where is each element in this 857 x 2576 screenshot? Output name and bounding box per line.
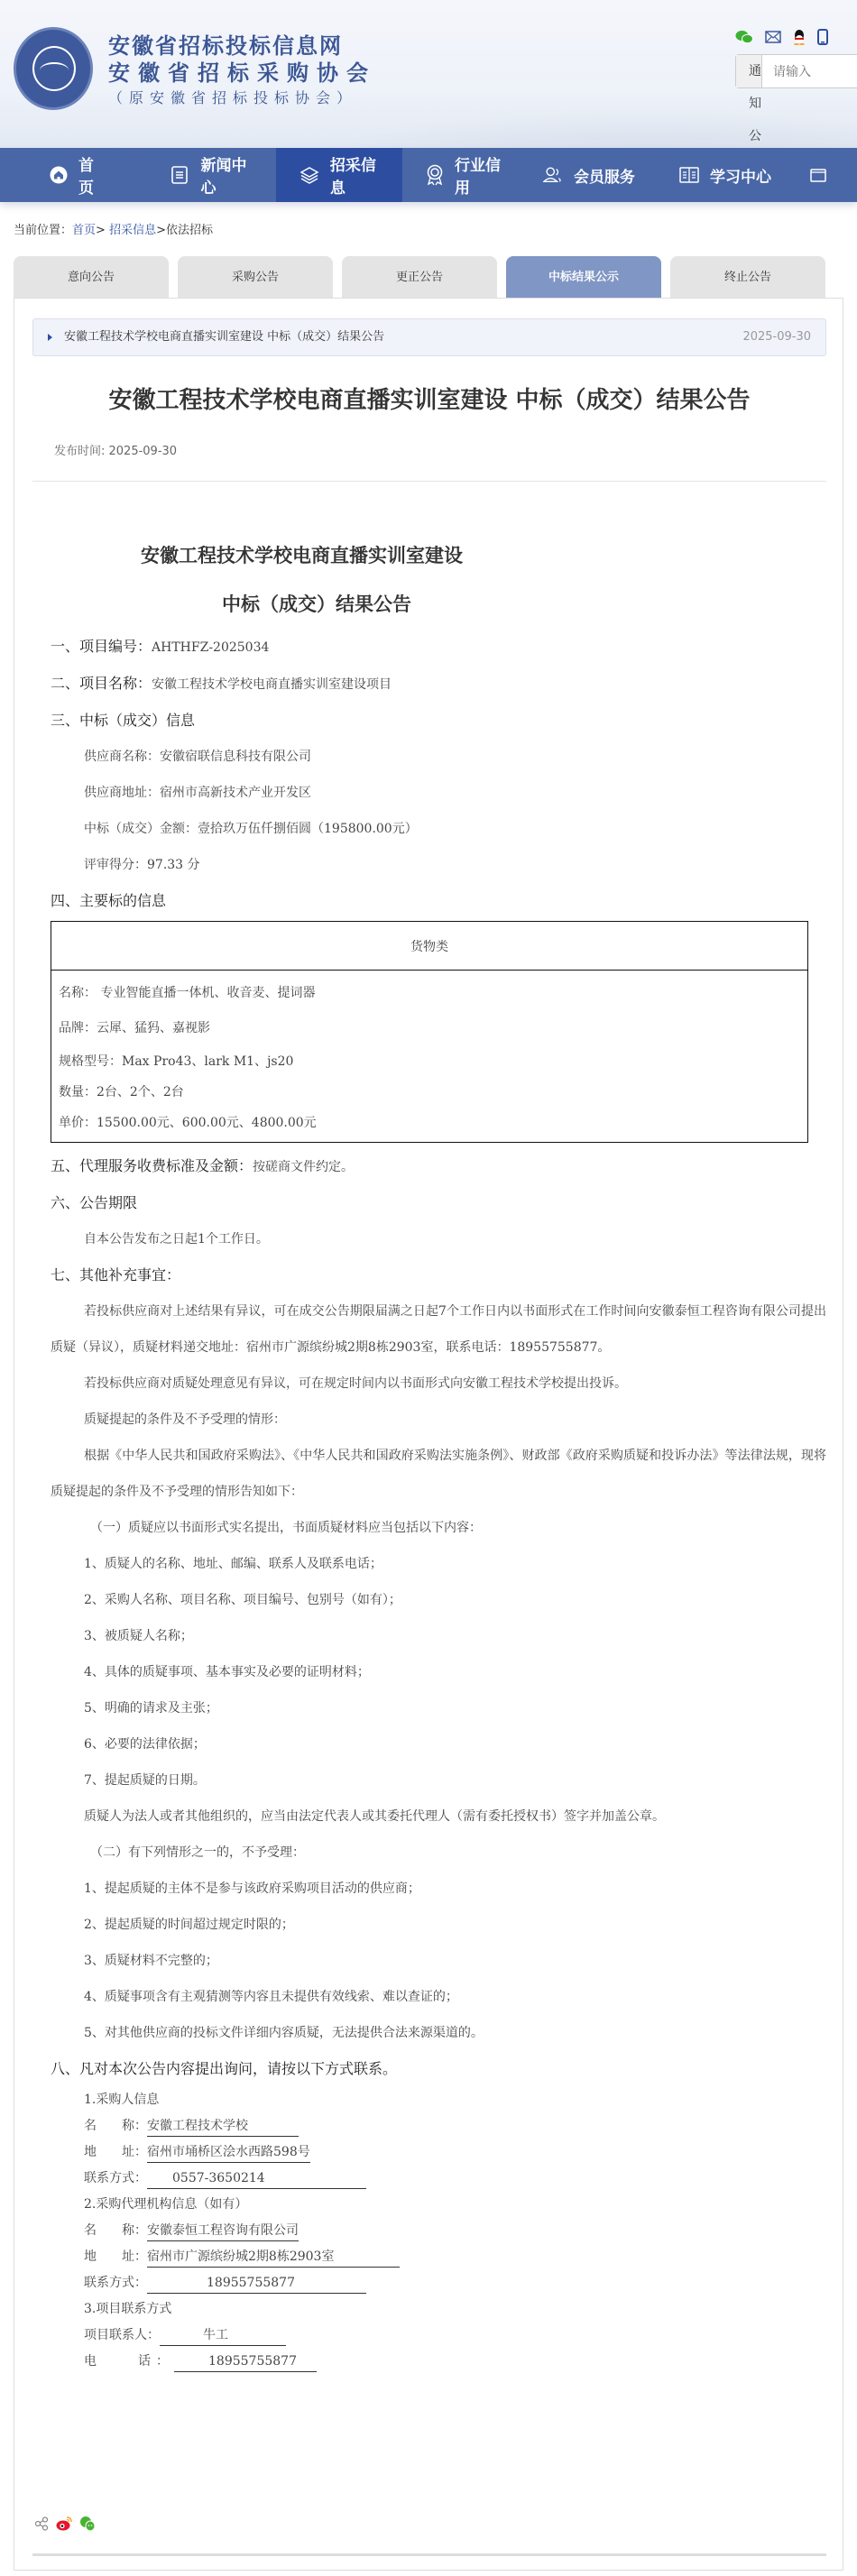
article-title: 安徽工程技术学校电商直播实训室建设 中标（成交）结果公告 (14, 382, 844, 415)
list-item: 5、对其他供应商的投标文件详细内容质疑，无法提供合法来源渠道的。 (51, 2015, 826, 2051)
award-icon (426, 165, 444, 185)
list-item: 7、提起质疑的日期。 (51, 1762, 826, 1799)
goods-brand: 品牌：云犀、猛犸、嘉视影 (59, 1011, 800, 1046)
article-list-item[interactable]: 安徽工程技术学校电商直播实训室建设 中标（成交）结果公告 2025-09-30 (32, 318, 826, 356)
nav-item-procurement[interactable]: 招采信息 (276, 148, 402, 202)
agent-name: 安徽泰恒工程咨询有限公司 (147, 2221, 299, 2241)
main-nav: 首页 新闻中心 招采信息 行业信用 会员服务 学习中心 (0, 148, 857, 202)
list-item: 2、提起质疑的时间超过规定时限的； (51, 1907, 826, 1943)
site-name-former: （原安徽省招标投标协会） (108, 87, 376, 110)
nav-label: 会员服务 (574, 164, 635, 187)
list-item: 1、提起质疑的主体不是参与该政府采购项目活动的供应商； (51, 1871, 826, 1907)
breadcrumb-home[interactable]: 首页 (72, 224, 96, 237)
nav-item-members[interactable]: 会员服务 (529, 148, 654, 202)
list-item: 3、质疑材料不完整的； (51, 1943, 826, 1979)
list-item: 3、被质疑人名称； (51, 1618, 826, 1654)
goods-unit-price: 单价：15500.00元、600.00元、4800.00元 (59, 1108, 800, 1138)
contact-icons (735, 29, 828, 49)
agent-heading: 2.采购代理机构信息（如有） (84, 2192, 826, 2218)
site-name-secondary: 安徽省招标采购协会 (108, 60, 376, 87)
home-icon (50, 165, 68, 185)
list-title: 安徽工程技术学校电商直播实训室建设 中标（成交）结果公告 (64, 330, 384, 344)
section-1: 一、项目编号：AHTHFZ-2025034 (51, 629, 826, 666)
agency-fee: 按磋商文件约定。 (253, 1160, 354, 1174)
nav-label: 学习中心 (710, 164, 771, 187)
paragraph: 质疑人为法人或者其他组织的，应当由法定代表人或其委托代理人（需有委托授权书）签字… (51, 1799, 826, 1835)
nav-label: 行业信用 (455, 152, 511, 198)
book-icon (679, 165, 699, 185)
project-phone-row: 电 话：18955755877 (84, 2349, 826, 2375)
project-person: 牛工 (160, 2325, 286, 2346)
project-person-row: 项目联系人：牛工 (84, 2323, 826, 2349)
list-item: 5、明确的请求及主张； (51, 1690, 826, 1726)
field-label: 联系方式： (84, 2276, 147, 2290)
buyer-heading: 1.采购人信息 (84, 2087, 826, 2113)
buyer-phone-row: 联系方式：0557-3650214 (84, 2166, 826, 2192)
section-4: 四、主要标的信息 (51, 883, 826, 919)
breadcrumb: 当前位置：首页> 招采信息>依法招标 (14, 220, 213, 237)
search-input[interactable] (762, 55, 857, 87)
tab-termination-notice[interactable]: 终止公告 (670, 256, 825, 299)
layers-icon (299, 165, 319, 185)
header-background-hill (271, 108, 857, 148)
search-category-label: 通知公告 (749, 64, 761, 148)
users-icon (543, 165, 563, 185)
qq-icon[interactable] (793, 29, 806, 49)
agent-address: 宿州市广源缤纷城2期8栋2903室 (147, 2247, 400, 2268)
site-name-primary: 安徽省招标投标信息网 (108, 32, 376, 60)
field-label: 电 话： (84, 2354, 174, 2369)
nav-label: 新闻中心 (201, 152, 258, 198)
field-label: 名 称： (84, 2223, 147, 2238)
paragraph: 若投标供应商对上述结果有异议，可在成交公告期限届满之日起7个工作日内以书面形式在… (51, 1293, 826, 1366)
tab-intent-notice[interactable]: 意向公告 (14, 256, 169, 299)
breadcrumb-current: 依法招标 (166, 224, 213, 237)
condition-heading: （一）质疑应以书面形式实名提出，书面质疑材料应当包括以下内容： (51, 1510, 826, 1546)
goods-quantity: 数量：2台、2个、2台 (59, 1077, 800, 1108)
supplier-name: 供应商名称：安徽宿联信息科技有限公司 (51, 739, 826, 775)
section-label: 五、代理服务收费标准及金额： (51, 1157, 253, 1174)
paragraph: 若投标供应商对质疑处理意见有异议，可在规定时间内以书面形式向安徽工程技术学校提出… (51, 1366, 826, 1402)
doc-title-line1: 安徽工程技术学校电商直播实训室建设 (51, 531, 826, 580)
field-label: 地 址： (84, 2249, 147, 2264)
paragraph: 质疑提起的条件及不予受理的情形： (51, 1402, 826, 1438)
section-2: 二、项目名称：安徽工程技术学校电商直播实训室建设项目 (51, 666, 826, 703)
goods-model: 规格型号：Max Pro43、lark M1、js20 (59, 1046, 800, 1077)
article-body: 安徽工程技术学校电商直播实训室建设 中标（成交）结果公告 一、项目编号：AHTH… (51, 531, 826, 2375)
breadcrumb-sep: > (96, 224, 106, 237)
notice-period: 自本公告发布之日起1个工作日。 (51, 1221, 826, 1257)
wechat-icon[interactable] (735, 30, 753, 48)
list-item: 1、质疑人的名称、地址、邮编、联系人及联系电话； (51, 1546, 826, 1582)
section-6: 六、公告期限 (51, 1185, 826, 1221)
breadcrumb-prefix: 当前位置： (14, 224, 72, 237)
nav-item-home[interactable]: 首页 (0, 148, 110, 202)
weibo-icon[interactable] (56, 2516, 72, 2535)
goods-name: 名称： 专业智能直播一体机、收音麦、提词器 (59, 976, 800, 1011)
goods-table: 货物类 名称： 专业智能直播一体机、收音麦、提词器 品牌：云犀、猛犸、嘉视影 规… (51, 921, 808, 1143)
list-item: 6、必要的法律依据； (51, 1726, 826, 1762)
share-bar (34, 2516, 96, 2535)
list-item: 2、采购人名称、项目名称、项目编号、包别号（如有）； (51, 1582, 826, 1618)
agent-phone: 18955755877 (147, 2273, 366, 2294)
field-label: 地 址： (84, 2145, 147, 2159)
award-amount: 中标（成交）金额：壹拾玖万伍仟捌佰圆（195800.00元） (51, 811, 826, 847)
news-icon (171, 165, 190, 185)
category-tabs: 意向公告 采购公告 更正公告 中标结果公示 终止公告 (14, 256, 825, 299)
condition-heading: （二）有下列情形之一的，不予受理： (51, 1835, 826, 1871)
list-date: 2025-09-30 (742, 319, 811, 355)
publish-time: 发布时间: 2025-09-30 (54, 441, 177, 458)
site-search: 通知公告 ▾ (735, 54, 857, 88)
wechat-icon[interactable] (79, 2516, 96, 2535)
contact-info: 1.采购人信息 名 称：安徽工程技术学校 地 址：宿州市埇桥区浍水西路598号 … (51, 2087, 826, 2375)
content-panel: 安徽工程技术学校电商直播实训室建设 中标（成交）结果公告 2025-09-30 … (14, 298, 843, 2571)
project-name: 安徽工程技术学校电商直播实训室建设项目 (152, 677, 392, 692)
divider (32, 481, 826, 482)
section-3: 三、中标（成交）信息 (51, 703, 826, 739)
logo-bridge (40, 62, 69, 78)
field-label: 项目联系人： (84, 2328, 160, 2342)
caret-right-icon (48, 334, 52, 341)
section-8: 八、凡对本次公告内容提出询问，请按以下方式联系。 (51, 2051, 826, 2087)
breadcrumb-procurement[interactable]: 招采信息 (109, 224, 156, 237)
section-label: 二、项目名称： (51, 675, 152, 692)
nav-label: 招采信息 (330, 152, 384, 198)
site-brand: 安徽省招标投标信息网 安徽省招标采购协会 （原安徽省招标投标协会） (108, 32, 376, 110)
agent-name-row: 名 称：安徽泰恒工程咨询有限公司 (84, 2218, 826, 2244)
field-label: 名 称： (84, 2119, 147, 2133)
tab-correction-notice[interactable]: 更正公告 (342, 256, 497, 299)
review-score: 评审得分：97.33 分 (51, 847, 826, 883)
buyer-name: 安徽工程技术学校 (147, 2116, 299, 2137)
goods-table-header: 货物类 (51, 922, 808, 971)
nav-item-news[interactable]: 新闻中心 (110, 148, 276, 202)
field-label: 联系方式： (84, 2171, 147, 2185)
nav-item-more[interactable] (808, 148, 857, 202)
search-category-select[interactable]: 通知公告 ▾ (736, 55, 762, 87)
mail-icon[interactable] (765, 31, 781, 47)
association-logo[interactable] (14, 27, 93, 110)
breadcrumb-sep: > (156, 224, 166, 237)
buyer-phone: 0557-3650214 (147, 2168, 366, 2189)
project-phone: 18955755877 (174, 2351, 317, 2372)
paragraph: 根据《中华人民共和国政府采购法》、《中华人民共和国政府采购法实施条例》、财政部《… (51, 1438, 826, 1510)
phone-icon[interactable] (817, 29, 828, 49)
buyer-name-row: 名 称：安徽工程技术学校 (84, 2113, 826, 2139)
nav-item-learning[interactable]: 学习中心 (654, 148, 808, 202)
agent-address-row: 地 址：宿州市广源缤纷城2期8栋2903室 (84, 2244, 826, 2270)
project-number: AHTHFZ-2025034 (152, 640, 269, 655)
share-icon[interactable] (34, 2516, 49, 2535)
supplier-address: 供应商地址：宿州市高新技术产业开发区 (51, 775, 826, 811)
section-7: 七、其他补充事宜： (51, 1257, 826, 1293)
buyer-address-row: 地 址：宿州市埇桥区浍水西路598号 (84, 2139, 826, 2166)
doc-title-line2: 中标（成交）结果公告 (51, 580, 826, 629)
project-contact-heading: 3.项目联系方式 (84, 2296, 826, 2323)
tab-award-result[interactable]: 中标结果公示 (506, 256, 661, 299)
tab-procurement-notice[interactable]: 采购公告 (178, 256, 333, 299)
buyer-address: 宿州市埇桥区浍水西路598号 (147, 2142, 310, 2163)
site-header: 安徽省招标投标信息网 安徽省招标采购协会 （原安徽省招标投标协会） 通知公告 ▾ (0, 0, 857, 148)
section-5: 五、代理服务收费标准及金额：按磋商文件约定。 (51, 1148, 826, 1185)
agent-phone-row: 联系方式：18955755877 (84, 2270, 826, 2296)
list-item: 4、质疑事项含有主观猜测等内容且未提供有效线索、难以查证的； (51, 1979, 826, 2015)
section-label: 一、项目编号： (51, 638, 152, 655)
footer-divider (32, 2553, 826, 2556)
folder-icon (808, 165, 828, 185)
nav-label: 首页 (78, 152, 94, 198)
list-item: 4、具体的质疑事项、基本事实及必要的证明材料； (51, 1654, 826, 1690)
nav-item-credit[interactable]: 行业信用 (402, 148, 529, 202)
